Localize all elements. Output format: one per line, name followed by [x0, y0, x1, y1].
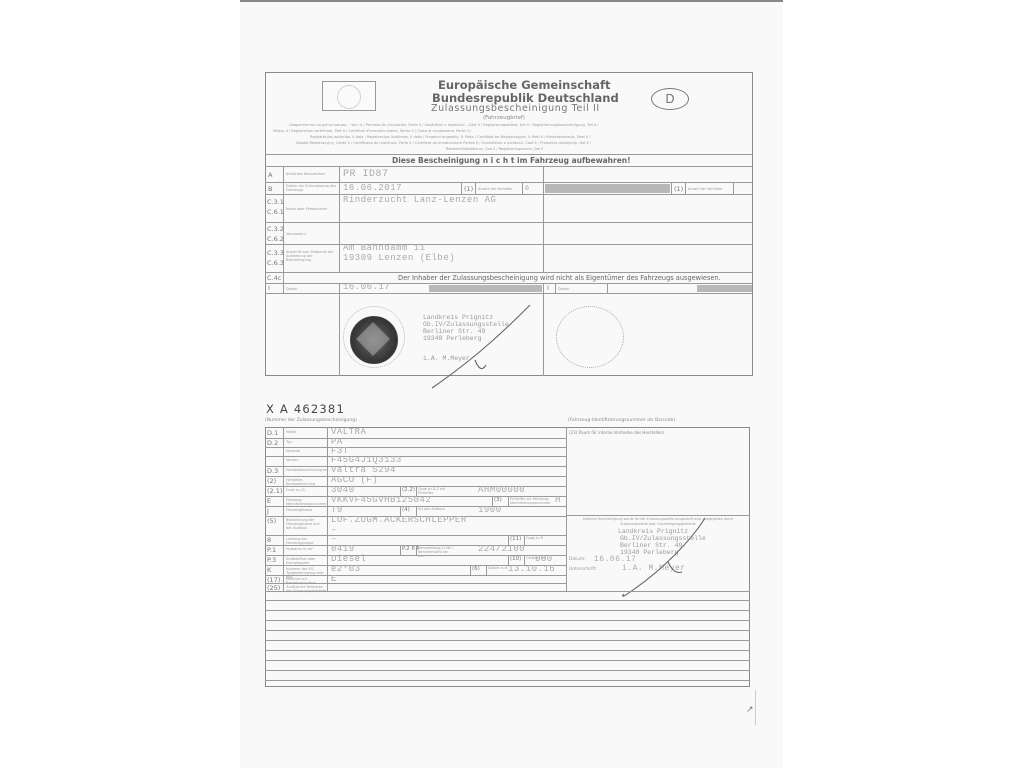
- ruled-line: [265, 610, 750, 611]
- header-line4: (Fahrzeugbrief): [483, 115, 525, 121]
- field-value: VALTRA: [331, 427, 366, 437]
- code-1-right: (1): [674, 185, 683, 193]
- field-code: (3): [494, 497, 502, 503]
- field-label: Fahrzeug-Identifizierungsnummer: [286, 498, 326, 506]
- ruled-line: [265, 640, 750, 641]
- field-label: Hubraum in cm³: [286, 547, 326, 551]
- divider: [400, 545, 401, 555]
- signature-stroke-1: [420, 300, 540, 395]
- divider: [265, 456, 566, 457]
- field-label: Typ: [286, 440, 326, 444]
- field-label: Version: [286, 458, 326, 462]
- first-registration-date: 16.06.2017: [343, 183, 402, 193]
- field-code: D.2: [267, 439, 278, 447]
- header-line1: Europäische Gemeinschaft: [438, 78, 610, 92]
- field-code: E: [267, 497, 271, 505]
- code-C32: C.3.2C.6.2: [267, 224, 284, 244]
- divider: [671, 182, 672, 194]
- code-C31: C.3.1C.6.1: [267, 197, 284, 217]
- scan-edge: [755, 690, 756, 725]
- label-address: Anschrift zum Zeitpunkt der Ausstellung …: [286, 250, 338, 262]
- field-value: e2*03: [331, 564, 361, 574]
- plate-number: PR ID87: [343, 169, 389, 180]
- label-firstname: Vorname(n): [286, 232, 306, 236]
- divider: [265, 154, 753, 155]
- label-name: Name oder Firmenname: [286, 207, 327, 211]
- field-label: Kraftstoffart oder Energiequelle: [286, 557, 326, 565]
- ruled-line: [265, 620, 750, 621]
- ownership-note: Der Inhaber der Zulassungsbescheinigung …: [398, 274, 721, 282]
- cert-signature-label: Unterschrift:: [569, 568, 597, 572]
- field-label: Code zu (2): [286, 488, 326, 492]
- field-code: (17): [267, 576, 280, 584]
- field-label: Hersteller-Kurzbezeichnung: [286, 478, 326, 486]
- field-value: –: [331, 534, 337, 544]
- shaded-field: [697, 285, 752, 292]
- field-value: VKKVF45GVHB125042: [331, 495, 431, 505]
- divider: [607, 283, 608, 293]
- field-code: (10): [510, 556, 521, 562]
- field-value: F45G4J1Q3133: [331, 455, 402, 465]
- field-value: 224/2100: [478, 544, 525, 554]
- field-value: AGCO (F): [331, 475, 378, 485]
- ruled-line: [265, 670, 750, 671]
- field-value: 8419: [331, 544, 355, 554]
- code-I: I: [268, 284, 270, 292]
- cert-date-label: Datum:: [569, 558, 586, 562]
- field-code: (11): [510, 536, 521, 542]
- previous-owners-count: 0: [525, 185, 529, 193]
- field-value: –: [530, 534, 536, 544]
- label-previous-owners-right: Anzahl der Vorhalter: [688, 187, 723, 191]
- holder-address-street: Am Bahndamm 11: [343, 243, 426, 253]
- field-label: Art des Aufbaus: [418, 507, 458, 511]
- field-code: (6): [472, 566, 480, 572]
- field-code: (4): [402, 507, 410, 513]
- ruled-line: [265, 630, 750, 631]
- divider: [522, 182, 523, 194]
- field-label: Code zu D.2 mit Prüfziffer: [418, 487, 458, 495]
- shaded-field: [429, 285, 542, 292]
- field-label: Bezeichnung der Fahrzeugklasse und des A…: [286, 518, 326, 530]
- field-code: D.3: [267, 467, 278, 475]
- code-C4c: C.4c: [267, 274, 281, 282]
- code-I-right: I: [547, 284, 549, 292]
- warning-banner: Diese Bescheinigung n i c h t im Fahrzeu…: [392, 156, 631, 165]
- field-value: 13.10.16: [508, 564, 555, 574]
- field-value: T9: [331, 505, 343, 515]
- label-A: Amtliches Kennzeichen: [286, 172, 325, 176]
- field-code: (5): [267, 517, 276, 525]
- field-value: LOF.ZUGM.ACKERSCHLEPPER: [331, 515, 467, 525]
- field-code: (2): [267, 477, 276, 485]
- divider: [265, 466, 566, 467]
- divider: [685, 182, 686, 194]
- field-code: P.3: [267, 556, 276, 564]
- header-line3: Zulassungsbescheinigung Teil II: [431, 103, 600, 114]
- check-mark-icon: ↗: [746, 705, 754, 715]
- field-code: (2.2): [402, 487, 415, 493]
- multilingual-line-4: Dowód Rejestracyjny, Część II / Certific…: [296, 140, 591, 146]
- field-label: Nennleistung in kW / Nenndrehzahl bei mi…: [418, 546, 458, 558]
- divider: [265, 447, 566, 448]
- divider: [283, 427, 284, 591]
- code-A: A: [268, 171, 272, 179]
- divider: [470, 565, 471, 575]
- official-seal-icon: [350, 316, 398, 364]
- divider: [265, 591, 750, 592]
- divider: [327, 427, 328, 591]
- divider: [339, 283, 340, 376]
- label-date-right: Datum: [558, 287, 569, 291]
- field-value: Diesel: [331, 554, 366, 564]
- multilingual-line-5: Rekisteröintitodistus, Osa II / Registre…: [446, 146, 543, 152]
- field-label: Marke: [286, 430, 326, 434]
- signature-stroke-2: [610, 512, 710, 602]
- field-label: Handelsbezeichnung(en): [286, 468, 326, 472]
- eu-flag-icon: [322, 81, 376, 111]
- field-code: J: [267, 507, 269, 515]
- ruled-line: [265, 680, 750, 681]
- barcode-caption: (Fahrzeug-Identifizierungsnummer als Bar…: [568, 418, 675, 423]
- field-code: K: [267, 566, 271, 574]
- code-1: (1): [464, 185, 473, 193]
- divider: [555, 283, 556, 293]
- issue-date: 16.06.17: [343, 282, 390, 292]
- code-B: B: [268, 185, 272, 193]
- ruled-line: [265, 650, 750, 651]
- field-label: Leistung bei Fahrzeuggruppe: [286, 537, 326, 545]
- field-value: H: [555, 495, 561, 505]
- divider: [475, 182, 476, 194]
- field-label: Variante: [286, 449, 326, 453]
- shaded-field: [545, 184, 670, 193]
- field-code: P.1: [267, 546, 276, 554]
- ruled-line: [265, 660, 750, 661]
- field-value: AHM00000: [478, 485, 525, 495]
- field-value: 3040: [331, 485, 355, 495]
- divider: [265, 476, 566, 477]
- divider: [733, 182, 734, 194]
- label-date: Datum: [286, 287, 297, 291]
- divider: [265, 272, 753, 273]
- empty-stamp-circle: [556, 306, 624, 368]
- divider: [543, 166, 544, 272]
- holder-name: Rinderzucht Lanz-Lenzen AG: [343, 195, 496, 205]
- divider: [543, 283, 544, 376]
- field-value: E: [331, 574, 337, 584]
- divider: [508, 496, 509, 506]
- field-value: 000: [535, 554, 553, 564]
- divider: [461, 182, 462, 194]
- label-B: Datum der Erstzulassung des Fahrzeugs: [286, 184, 336, 192]
- field-code: (2.1): [267, 487, 282, 495]
- label-previous-owners: Anzahl der Vorhalter: [478, 187, 513, 191]
- code-C33: C.3.3C.6.3: [267, 248, 284, 268]
- country-code-badge: D: [651, 88, 689, 110]
- ruled-line: [265, 600, 750, 601]
- document-number-caption: (Nummer der Zulassungsbescheinigung): [265, 418, 357, 423]
- field-label: Prüfziffer zur Fahrzeug-Identifizierungs…: [510, 497, 550, 505]
- field-label: Merkmal zur Betriebserlaubnis: [286, 577, 326, 585]
- field-code: D.1: [267, 429, 278, 437]
- divider: [265, 438, 566, 439]
- field-label: Fahrzeugklasse: [286, 508, 326, 512]
- field-code: 8: [267, 536, 271, 544]
- divider: [339, 166, 340, 272]
- document-number: X A 462381: [266, 402, 345, 416]
- divider: [486, 565, 487, 575]
- manufacturer-notes-label: (23) Raum für interne Vermerke des Herst…: [569, 430, 664, 435]
- divider: [566, 427, 567, 591]
- holder-address-city: 19309 Lenzen (Elbe): [343, 253, 455, 263]
- divider: [416, 545, 417, 555]
- field-value: 1900: [478, 505, 502, 515]
- field-value: Valtra S294: [331, 465, 396, 475]
